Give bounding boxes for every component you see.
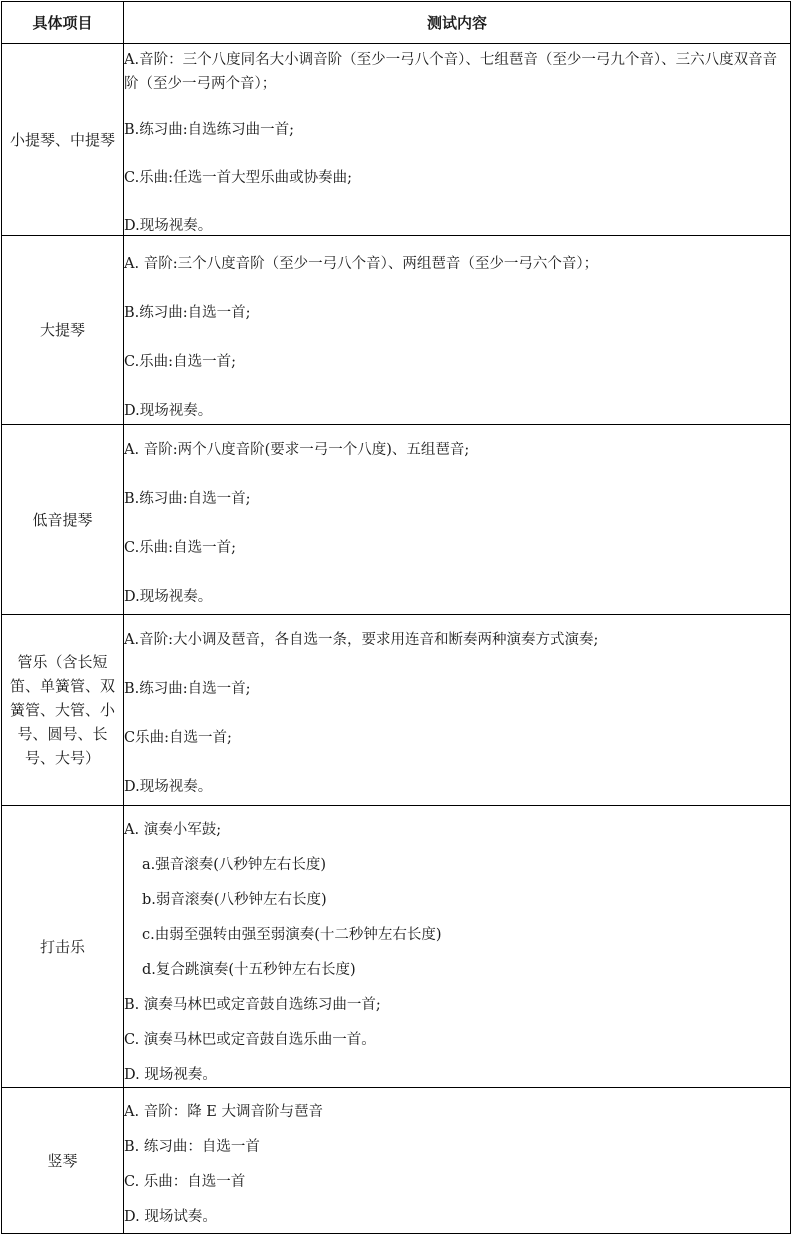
item-cell: 小提琴、中提琴 (2, 44, 124, 236)
content-cell: A. 音阶:两个八度音阶(要求一弓一个八度)、五组琶音; B.练习曲:自选一首;… (124, 425, 791, 615)
content-line: B.练习曲:自选一首; (124, 487, 790, 508)
item-cell: 管乐（含长短笛、单簧管、双簧管、大管、小号、圆号、长号、大号） (2, 615, 124, 806)
content-cell: A. 音阶:三个八度音阶（至少一弓八个音）、两组琶音（至少一弓六个音）； B.练… (124, 236, 791, 425)
content-line: B.练习曲:自选一首; (124, 301, 790, 322)
content-line: A. 音阶:三个八度音阶（至少一弓八个音）、两组琶音（至少一弓六个音）； (124, 252, 790, 273)
content-line: C.乐曲:自选一首; (124, 350, 790, 371)
table-row: 竖琴 A. 音阶：降 E 大调音阶与琶音 B. 练习曲：自选一首 C. 乐曲：自… (2, 1088, 791, 1234)
content-line: C.乐曲:任选一首大型乐曲或协奏曲; (124, 166, 790, 187)
content-line: C.乐曲:自选一首; (124, 536, 790, 557)
item-cell: 低音提琴 (2, 425, 124, 615)
content-line: B.练习曲:自选练习曲一首; (124, 118, 790, 139)
content-line: c.由弱至强转由强至弱演奏(十二秒钟左右长度) (124, 923, 790, 944)
column-header-content: 测试内容 (124, 2, 791, 44)
requirements-table: 具体项目 测试内容 小提琴、中提琴 A.音阶：三个八度同名大小调音阶（至少一弓八… (1, 1, 791, 1234)
table-row: 打击乐 A. 演奏小军鼓; a.强音滚奏(八秒钟左右长度) b.弱音滚奏(八秒钟… (2, 806, 791, 1088)
content-line: C乐曲:自选一首; (124, 726, 790, 747)
content-line: D.现场视奏。 (124, 399, 790, 420)
content-line: A. 演奏小军鼓; (124, 818, 790, 839)
table-row: 管乐（含长短笛、单簧管、双簧管、大管、小号、圆号、长号、大号） A.音阶:大小调… (2, 615, 791, 806)
table-row: 小提琴、中提琴 A.音阶：三个八度同名大小调音阶（至少一弓八个音）、七组琶音（至… (2, 44, 791, 236)
item-cell: 大提琴 (2, 236, 124, 425)
content-line: d.复合跳演奏(十五秒钟左右长度) (124, 958, 790, 979)
content-line: B. 演奏马林巴或定音鼓自选练习曲一首; (124, 993, 790, 1014)
content-line: A.音阶:大小调及琶音，各自选一条，要求用连音和断奏两种演奏方式演奏; (124, 628, 790, 649)
content-line: C. 演奏马林巴或定音鼓自选乐曲一首。 (124, 1028, 790, 1049)
content-line: D. 现场视奏。 (124, 1063, 790, 1084)
content-line: D.现场视奏。 (124, 775, 790, 796)
content-cell: A.音阶:大小调及琶音，各自选一条，要求用连音和断奏两种演奏方式演奏; B.练习… (124, 615, 791, 806)
header-row: 具体项目 测试内容 (2, 2, 791, 44)
item-cell: 打击乐 (2, 806, 124, 1088)
item-cell: 竖琴 (2, 1088, 124, 1234)
content-line: D.现场视奏。 (124, 214, 790, 235)
table-row: 低音提琴 A. 音阶:两个八度音阶(要求一弓一个八度)、五组琶音; B.练习曲:… (2, 425, 791, 615)
content-line: b.弱音滚奏(八秒钟左右长度) (124, 888, 790, 909)
table-row: 大提琴 A. 音阶:三个八度音阶（至少一弓八个音）、两组琶音（至少一弓六个音）；… (2, 236, 791, 425)
content-line: B.练习曲:自选一首; (124, 677, 790, 698)
content-cell: A. 演奏小军鼓; a.强音滚奏(八秒钟左右长度) b.弱音滚奏(八秒钟左右长度… (124, 806, 791, 1088)
content-line: D. 现场试奏。 (124, 1205, 790, 1226)
content-line: C. 乐曲：自选一首 (124, 1170, 790, 1191)
content-line: A. 音阶:两个八度音阶(要求一弓一个八度)、五组琶音; (124, 438, 790, 459)
content-line: A. 音阶：降 E 大调音阶与琶音 (124, 1100, 790, 1121)
content-cell: A.音阶：三个八度同名大小调音阶（至少一弓八个音）、七组琶音（至少一弓九个音）、… (124, 44, 791, 236)
content-line: A.音阶：三个八度同名大小调音阶（至少一弓八个音）、七组琶音（至少一弓九个音）、… (124, 48, 790, 96)
content-line: B. 练习曲：自选一首 (124, 1135, 790, 1156)
content-cell: A. 音阶：降 E 大调音阶与琶音 B. 练习曲：自选一首 C. 乐曲：自选一首… (124, 1088, 791, 1234)
content-line: a.强音滚奏(八秒钟左右长度) (124, 853, 790, 874)
column-header-item: 具体项目 (2, 2, 124, 44)
content-line: D.现场视奏。 (124, 585, 790, 606)
